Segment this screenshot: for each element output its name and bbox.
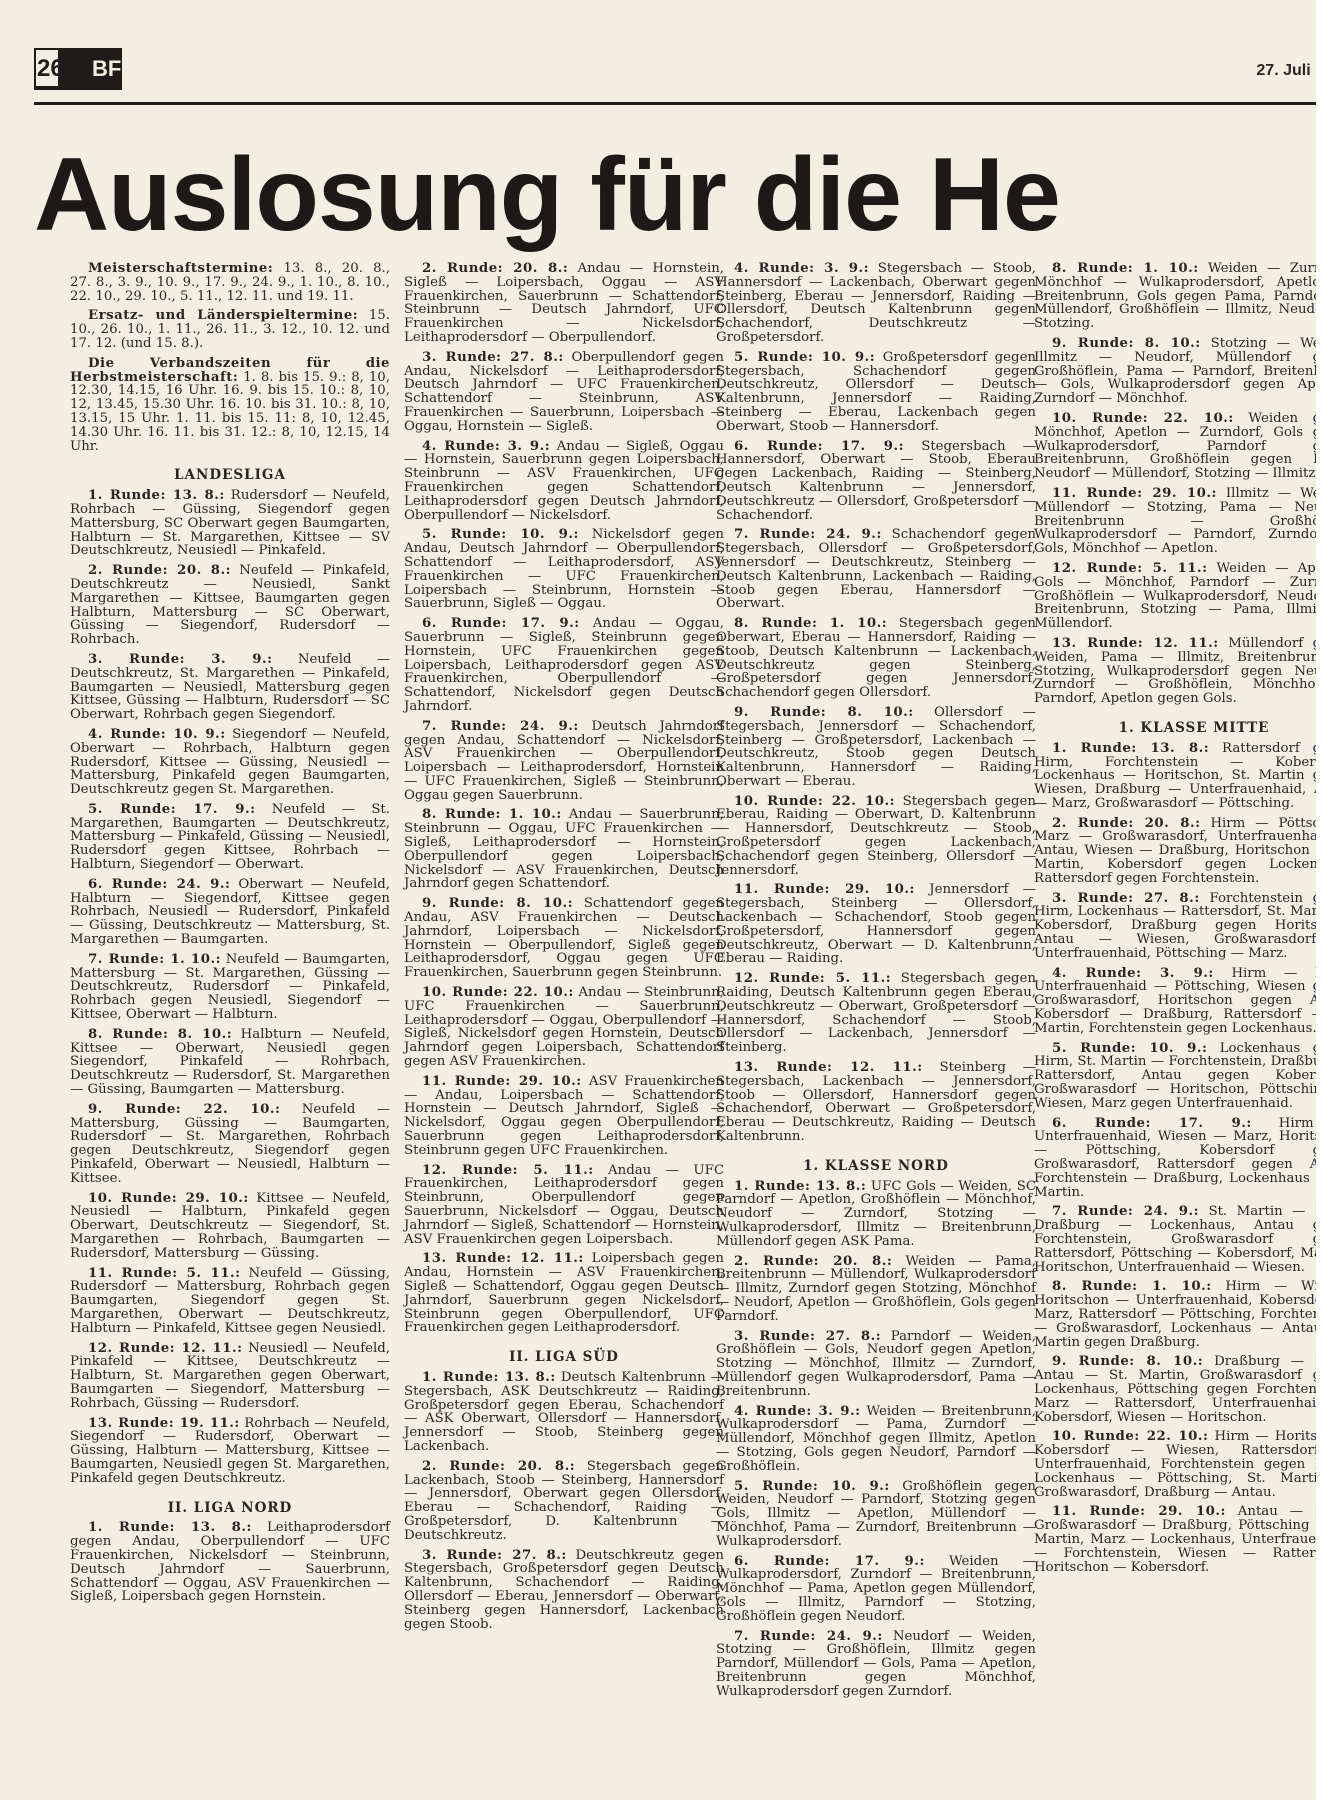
- round-lead: Meisterschaftstermine:: [88, 261, 273, 276]
- fixture-paragraph: 2. Runde: 20. 8.: Neufeld — Pinkafeld, D…: [70, 564, 390, 647]
- fixture-paragraph: 10. Runde: 22. 10.: Hirm — Horitschon, K…: [1034, 1430, 1316, 1499]
- fixture-paragraph: 8. Runde: 8. 10.: Halbturn — Neufeld, Ki…: [70, 1028, 390, 1097]
- fixture-paragraph: 4. Runde: 3. 9.: Stegersbach — Stoob, Ha…: [716, 262, 1036, 345]
- liga-nord-rounds-part1: 1. Runde: 13. 8.: Leithaprodersdorf gege…: [70, 1521, 390, 1604]
- round-fixtures: Andau — Oggau, Sauerbrunn — Sigleß, Stei…: [404, 616, 724, 714]
- round-lead: 9. Runde: 8. 10.:: [734, 705, 914, 720]
- fixture-paragraph: 6. Runde: 24. 9.: Oberwart — Neufeld, Ha…: [70, 878, 390, 947]
- newspaper-page: 26 BF 27. Juli 1 Auslosung für die He Me…: [0, 0, 1316, 1800]
- round-lead: 2. Runde: 20. 8.:: [422, 261, 568, 276]
- fixture-paragraph: 7. Runde: 1. 10.: Neufeld — Baumgarten, …: [70, 953, 390, 1022]
- round-lead: 12. Runde: 5. 11.:: [422, 1163, 594, 1178]
- fixture-paragraph: 13. Runde: 12. 11.: Müllendorf gegen Wei…: [1034, 637, 1316, 706]
- round-lead: 9. Runde: 22. 10.:: [88, 1102, 280, 1117]
- round-lead: 11. Runde: 29. 10.:: [734, 882, 915, 897]
- liga-sued-rounds-part1: 1. Runde: 13. 8.: Deutsch Kaltenbrunn — …: [404, 1371, 724, 1631]
- round-lead: 2. Runde: 20. 8.:: [1052, 816, 1200, 831]
- round-lead: 1. Runde: 13. 8.:: [734, 1179, 866, 1194]
- round-lead: 6. Runde: 17. 9.:: [734, 439, 904, 454]
- round-lead: 5. Runde: 10. 9.:: [734, 1479, 890, 1494]
- round-lead: 8. Runde: 1. 10.:: [734, 616, 887, 631]
- fixture-paragraph: 10. Runde: 22. 10.: Stegersbach gegen Eb…: [716, 795, 1036, 878]
- round-lead: 10. Runde: 22. 10.:: [734, 794, 895, 809]
- intro-block: Meisterschaftstermine: 13. 8., 20. 8., 2…: [70, 262, 390, 453]
- fixture-paragraph: 8. Runde: 1. 10.: Stegersbach gegen Ober…: [716, 617, 1036, 700]
- round-lead: 8. Runde: 8. 10.:: [88, 1027, 232, 1042]
- fixture-paragraph: 12. Runde: 5. 11.: Andau — UFC Frauenkir…: [404, 1164, 724, 1247]
- fixture-paragraph: 3. Runde: 3. 9.: Neufeld — Deutschkreutz…: [70, 653, 390, 722]
- fixture-paragraph: 12. Runde: 5. 11.: Stegersbach gegen Rai…: [716, 972, 1036, 1055]
- fixture-paragraph: Ersatz- und Länderspieltermine: 15. 10.,…: [70, 309, 390, 350]
- round-lead: 7. Runde: 1. 10.:: [88, 952, 221, 967]
- fixture-paragraph: 11. Runde: 29. 10.: Antau — Hirm, Großwa…: [1034, 1505, 1316, 1574]
- round-lead: 4. Runde: 3. 9.:: [734, 1404, 861, 1419]
- fixture-paragraph: 6. Runde: 17. 9.: Andau — Oggau, Sauerbr…: [404, 617, 724, 714]
- section-label: BF: [92, 49, 121, 89]
- fixture-paragraph: 5. Runde: 10. 9.: Lockenhaus gegen Hirm,…: [1034, 1042, 1316, 1111]
- fixture-paragraph: 9. Runde: 8. 10.: Draßburg — Hirm, Antau…: [1034, 1355, 1316, 1424]
- fixture-paragraph: 6. Runde: 17. 9.: Weiden — Wulkaprodersd…: [716, 1555, 1036, 1624]
- round-lead: 11. Runde: 29. 10.:: [1052, 1504, 1226, 1519]
- fixture-paragraph: 5. Runde: 10. 9.: Großpetersdorf gegen S…: [716, 351, 1036, 434]
- league-title-liga-nord: II. LIGA NORD: [70, 1502, 390, 1516]
- fixture-paragraph: 4. Runde: 3. 9.: Hirm — Marz, Unterfraue…: [1034, 967, 1316, 1036]
- round-lead: 4. Runde: 3. 9.:: [1052, 966, 1214, 981]
- fixture-paragraph: 2. Runde: 20. 8.: Stegersbach gegen Lack…: [404, 1460, 724, 1543]
- round-lead: Ersatz- und Länderspieltermine:: [88, 308, 358, 323]
- fixture-paragraph: 1. Runde: 13. 8.: Deutsch Kaltenbrunn — …: [404, 1371, 724, 1454]
- fixture-paragraph: 13. Runde: 12. 11.: Steinberg — Stegersb…: [716, 1061, 1036, 1144]
- round-lead: 7. Runde: 24. 9.:: [1052, 1204, 1199, 1219]
- fixture-paragraph: Die Verbandszeiten für die Herbstmeister…: [70, 357, 390, 454]
- fixture-paragraph: 11. Runde: 29. 10.: ASV Frauenkirchen — …: [404, 1075, 724, 1158]
- fixture-paragraph: 11. Runde: 5. 11.: Neufeld — Güssing, Ru…: [70, 1267, 390, 1336]
- round-lead: 8. Runde: 1. 10.:: [422, 807, 562, 822]
- round-lead: 7. Runde: 24. 9.:: [734, 1629, 883, 1644]
- fixture-paragraph: 2. Runde: 20. 8.: Hirm — Pöttsching, Mar…: [1034, 817, 1316, 886]
- round-lead: 2. Runde: 20. 8.:: [422, 1459, 575, 1474]
- fixture-paragraph: 1. Runde: 13. 8.: UFC Gols — Weiden, SC …: [716, 1180, 1036, 1249]
- fixture-paragraph: 13. Runde: 12. 11.: Loipersbach gegen An…: [404, 1252, 724, 1335]
- fixture-paragraph: 8. Runde: 1. 10.: Weiden — Zurndorf, Mön…: [1034, 262, 1316, 331]
- round-lead: 1. Runde: 13. 8.:: [422, 1370, 556, 1385]
- round-lead: 7. Runde: 24. 9.:: [734, 527, 882, 542]
- round-lead: 9. Runde: 8. 10.:: [422, 896, 573, 911]
- klasse-mitte-rounds: 1. Runde: 13. 8.: Rattersdorf gegen Hirm…: [1034, 742, 1316, 1575]
- column-2: 2. Runde: 20. 8.: Andau — Hornstein, Sig…: [404, 262, 724, 1637]
- round-lead: 10. Runde: 22. 10.:: [422, 985, 574, 1000]
- fixture-paragraph: 11. Runde: 29. 10.: Illmitz — Weiden, Mü…: [1034, 487, 1316, 556]
- fixture-paragraph: 8. Runde: 1. 10.: Andau — Sauerbrunn, St…: [404, 808, 724, 891]
- landesliga-rounds: 1. Runde: 13. 8.: Rudersdorf — Neufeld, …: [70, 489, 390, 1485]
- masthead-rule: [34, 102, 1316, 105]
- round-lead: 3. Runde: 27. 8.:: [422, 1548, 567, 1563]
- fixture-paragraph: 7. Runde: 24. 9.: Schachendorf gegen Ste…: [716, 528, 1036, 611]
- fixture-paragraph: 12. Runde: 12. 11.: Neusiedl — Neufeld, …: [70, 1342, 390, 1411]
- fixture-paragraph: 3. Runde: 27. 8.: Oberpullendorf gegen A…: [404, 351, 724, 434]
- round-lead: 12. Runde: 5. 11.:: [1052, 561, 1208, 576]
- fixture-paragraph: Meisterschaftstermine: 13. 8., 20. 8., 2…: [70, 262, 390, 303]
- fixture-paragraph: 10. Runde: 22. 10.: Andau — Steinbrunn, …: [404, 986, 724, 1069]
- round-lead: 4. Runde: 3. 9.:: [422, 439, 550, 454]
- liga-nord-rounds-part2: 2. Runde: 20. 8.: Andau — Hornstein, Sig…: [404, 262, 724, 1335]
- round-lead: 12. Runde: 5. 11.:: [734, 971, 891, 986]
- fixture-paragraph: 2. Runde: 20. 8.: Andau — Hornstein, Sig…: [404, 262, 724, 345]
- round-lead: 4. Runde: 3. 9.:: [734, 261, 869, 276]
- round-lead: 3. Runde: 3. 9.:: [88, 652, 273, 667]
- round-lead: 3. Runde: 27. 8.:: [422, 350, 564, 365]
- round-lead: 13. Runde: 19. 11.:: [88, 1416, 240, 1431]
- column-3: 4. Runde: 3. 9.: Stegersbach — Stoob, Ha…: [716, 262, 1036, 1705]
- fixture-paragraph: 12. Runde: 5. 11.: Weiden — Apetlon, Gol…: [1034, 562, 1316, 631]
- fixture-paragraph: 3. Runde: 27. 8.: Parndorf — Weiden, Gro…: [716, 1330, 1036, 1399]
- fixture-paragraph: 11. Runde: 29. 10.: Jennersdorf — Steger…: [716, 883, 1036, 966]
- column-1: Meisterschaftstermine: 13. 8., 20. 8., 2…: [70, 262, 390, 1610]
- league-title-klasse-mitte: 1. KLASSE MITTE: [1034, 722, 1316, 736]
- fixture-paragraph: 9. Runde: 22. 10.: Neufeld — Mattersburg…: [70, 1103, 390, 1186]
- round-lead: 11. Runde: 29. 10.:: [422, 1074, 582, 1089]
- round-lead: 13. Runde: 12. 11.:: [1052, 636, 1219, 651]
- round-lead: 2. Runde: 20. 8.:: [88, 563, 231, 578]
- fixture-paragraph: 7. Runde: 24. 9.: Deutsch Jahrndorf gege…: [404, 720, 724, 803]
- league-title-klasse-nord: 1. KLASSE NORD: [716, 1160, 1036, 1174]
- round-lead: 6. Runde: 24. 9.:: [88, 877, 230, 892]
- fixture-paragraph: 5. Runde: 10. 9.: Nickelsdorf gegen Anda…: [404, 528, 724, 611]
- klasse-nord-rounds-part1: 1. Runde: 13. 8.: UFC Gols — Weiden, SC …: [716, 1180, 1036, 1699]
- fixture-paragraph: 4. Runde: 10. 9.: Siegendorf — Neufeld, …: [70, 728, 390, 797]
- league-title-liga-sued: II. LIGA SÜD: [404, 1351, 724, 1365]
- issue-date: 27. Juli 1: [1256, 62, 1316, 80]
- round-lead: 2. Runde: 20. 8.:: [734, 1254, 892, 1269]
- round-lead: 10. Runde: 22. 10.:: [1052, 411, 1234, 426]
- fixture-paragraph: 9. Runde: 8. 10.: Stotzing — Weiden, Ill…: [1034, 337, 1316, 406]
- fixture-paragraph: 10. Runde: 29. 10.: Kittsee — Neufeld, N…: [70, 1192, 390, 1261]
- round-lead: 5. Runde: 10. 9.:: [734, 350, 875, 365]
- fixture-paragraph: 7. Runde: 24. 9.: Neudorf — Weiden, Stot…: [716, 1630, 1036, 1699]
- fixture-paragraph: 6. Runde: 17. 9.: Stegersbach — Hannersd…: [716, 440, 1036, 523]
- round-lead: 6. Runde: 17. 9.:: [422, 616, 580, 631]
- round-lead: 8. Runde: 1. 10.:: [1052, 1279, 1212, 1294]
- league-title-landesliga: LANDESLIGA: [70, 469, 390, 483]
- round-lead: 5. Runde: 10. 9.:: [1052, 1041, 1207, 1056]
- fixture-paragraph: 9. Runde: 8. 10.: Ollersdorf — Stegersba…: [716, 706, 1036, 789]
- page-number: 26: [36, 50, 58, 86]
- headline: Auslosung für die He: [34, 140, 1060, 250]
- masthead: 26 BF 27. Juli 1: [34, 48, 1316, 106]
- page-label-box: 26 BF: [34, 48, 122, 90]
- round-lead: 4. Runde: 10. 9.:: [88, 727, 226, 742]
- round-lead: 9. Runde: 8. 10.:: [1052, 336, 1201, 351]
- fixture-paragraph: 4. Runde: 3. 9.: Andau — Sigleß, Oggau —…: [404, 440, 724, 523]
- round-lead: 8. Runde: 1. 10.:: [1052, 261, 1199, 276]
- round-lead: 3. Runde: 27. 8.:: [734, 1329, 881, 1344]
- round-lead: 10. Runde: 29. 10.:: [88, 1191, 249, 1206]
- round-lead: 5. Runde: 10. 9.:: [422, 527, 579, 542]
- fixture-paragraph: 13. Runde: 19. 11.: Rohrbach — Neufeld, …: [70, 1417, 390, 1486]
- fixture-paragraph: 7. Runde: 24. 9.: St. Martin — Hirm, Dra…: [1034, 1205, 1316, 1274]
- column-4: 8. Runde: 1. 10.: Weiden — Zurndorf, Mön…: [1034, 262, 1316, 1580]
- fixture-paragraph: 10. Runde: 22. 10.: Weiden gegen Mönchho…: [1034, 412, 1316, 481]
- fixture-paragraph: 9. Runde: 8. 10.: Schattendorf gegen And…: [404, 897, 724, 980]
- liga-sued-rounds-part2: 4. Runde: 3. 9.: Stegersbach — Stoob, Ha…: [716, 262, 1036, 1144]
- fixture-paragraph: 1. Runde: 13. 8.: Rattersdorf gegen Hirm…: [1034, 742, 1316, 811]
- round-lead: 1. Runde: 13. 8.:: [1052, 741, 1209, 756]
- fixture-paragraph: 3. Runde: 27. 8.: Deutschkreutz gegen St…: [404, 1549, 724, 1632]
- fixture-paragraph: 6. Runde: 17. 9.: Hirm — Unterfrauenhaid…: [1034, 1117, 1316, 1200]
- fixture-paragraph: 1. Runde: 13. 8.: Leithaprodersdorf gege…: [70, 1521, 390, 1604]
- round-lead: 11. Runde: 5. 11.:: [88, 1266, 241, 1281]
- round-lead: 13. Runde: 12. 11.:: [734, 1060, 923, 1075]
- round-lead: 10. Runde: 22. 10.:: [1052, 1429, 1208, 1444]
- round-lead: 11. Runde: 29. 10.:: [1052, 486, 1217, 501]
- klasse-nord-rounds-part2: 8. Runde: 1. 10.: Weiden — Zurndorf, Mön…: [1034, 262, 1316, 706]
- fixture-paragraph: 5. Runde: 17. 9.: Neufeld — St. Margaret…: [70, 803, 390, 872]
- fixture-paragraph: 2. Runde: 20. 8.: Weiden — Pama, Breiten…: [716, 1255, 1036, 1324]
- round-lead: 7. Runde: 24. 9.:: [422, 719, 579, 734]
- fixture-paragraph: 3. Runde: 27. 8.: Forchtenstein gegen Hi…: [1034, 892, 1316, 961]
- round-lead: 1. Runde: 13. 8.:: [88, 1520, 252, 1535]
- round-lead: 5. Runde: 17. 9.:: [88, 802, 255, 817]
- fixture-paragraph: 1. Runde: 13. 8.: Rudersdorf — Neufeld, …: [70, 489, 390, 558]
- round-lead: 6. Runde: 17. 9.:: [1052, 1116, 1252, 1131]
- round-lead: 3. Runde: 27. 8.:: [1052, 891, 1200, 906]
- round-lead: 13. Runde: 12. 11.:: [422, 1251, 584, 1266]
- fixture-paragraph: 4. Runde: 3. 9.: Weiden — Breitenbrunn, …: [716, 1405, 1036, 1474]
- round-lead: 12. Runde: 12. 11.:: [88, 1341, 243, 1356]
- fixture-paragraph: 8. Runde: 1. 10.: Hirm — Wiesen, Horitsc…: [1034, 1280, 1316, 1349]
- fixture-paragraph: 5. Runde: 10. 9.: Großhöflein gegen Weid…: [716, 1480, 1036, 1549]
- round-lead: 9. Runde: 8. 10.:: [1052, 1354, 1203, 1369]
- round-lead: 6. Runde: 17. 9.:: [734, 1554, 925, 1569]
- page-edge: [1316, 0, 1324, 1800]
- round-lead: 1. Runde: 13. 8.:: [88, 488, 225, 503]
